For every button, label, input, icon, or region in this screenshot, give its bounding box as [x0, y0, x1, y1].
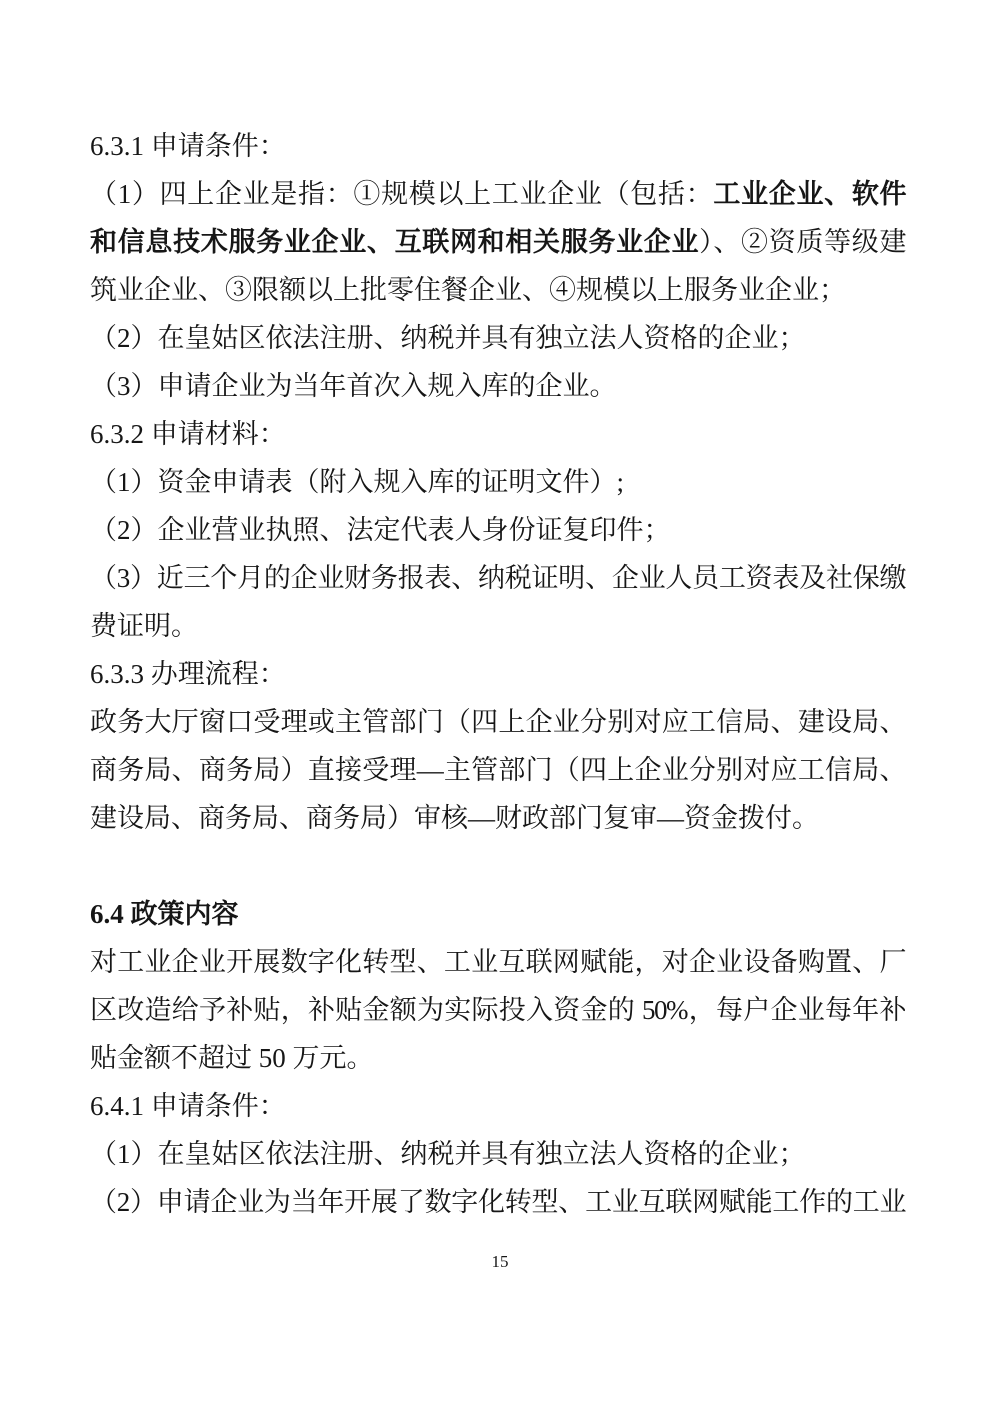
para-6-3-3-line1: 政务大厅窗口受理或主管部门（四上企业分别对应工信局、建设局、 — [90, 698, 905, 746]
text-segment: 和信息技术服务业企业、互联网和相关服务业企业 — [90, 227, 699, 257]
para-6-3-3-line2: 商务局、商务局）直接受理—主管部门（四上企业分别对应工信局、 — [90, 746, 905, 794]
heading-6-4: 6.4 政策内容 — [90, 890, 905, 938]
text-segment: 6.4.1 申请条件： — [90, 1091, 286, 1121]
para-6-4-line3: 贴金额不超过 50 万元。 — [90, 1034, 905, 1082]
text-segment: （3）申请企业为当年首次入规入库的企业。 — [90, 371, 617, 401]
heading-6-3-3: 6.3.3 办理流程： — [90, 650, 905, 698]
text-segment: 6.4 政策内容 — [90, 899, 239, 929]
para-6-3-3-line3: 建设局、商务局、商务局）审核—财政部门复审—资金拨付。 — [90, 794, 905, 842]
para-6-4-line1: 对工业企业开展数字化转型、工业互联网赋能，对企业设备购置、厂 — [90, 938, 905, 986]
text-segment: 贴金额不超过 50 万元。 — [90, 1043, 374, 1073]
text-segment: 费证明。 — [90, 611, 198, 641]
text-segment: 筑业企业、③限额以上批零住餐企业、④规模以上服务业企业； — [90, 275, 846, 305]
text-segment: （3）近三个月的企业财务报表、纳税证明、企业人员工资表及社保缴 — [90, 563, 905, 593]
text-segment: （2）申请企业为当年开展了数字化转型、工业互联网赋能工作的工业 — [90, 1187, 905, 1217]
para-6-3-2-item3-line2: 费证明。 — [90, 602, 905, 650]
para-6-4-line2: 区改造给予补贴，补贴金额为实际投入资金的 50%，每户企业每年补 — [90, 986, 905, 1034]
text-segment: ）、②资质等级建 — [699, 227, 905, 257]
text-segment: 商务局、商务局）直接受理—主管部门（四上企业分别对应工信局、 — [90, 755, 905, 785]
text-segment: 区改造给予补贴，补贴金额为实际投入资金的 50%，每户企业每年补 — [90, 995, 905, 1025]
text-segment: 工业企业、软件 — [713, 179, 905, 209]
para-6-3-1-item1-line1: （1）四上企业是指：①规模以上工业企业（包括：工业企业、软件 — [90, 170, 905, 218]
para-6-3-2-item1: （1）资金申请表（附入规入库的证明文件）; — [90, 458, 905, 506]
para-6-4-1-item1: （1）在皇姑区依法注册、纳税并具有独立法人资格的企业； — [90, 1130, 905, 1178]
text-segment: 6.3.2 申请材料： — [90, 419, 286, 449]
page-number: 15 — [0, 1250, 1000, 1274]
document-page: 6.3.1 申请条件：（1）四上企业是指：①规模以上工业企业（包括：工业企业、软… — [0, 0, 1000, 1413]
text-segment: （2）企业营业执照、法定代表人身份证复印件； — [90, 515, 671, 545]
text-segment: （1）在皇姑区依法注册、纳税并具有独立法人资格的企业； — [90, 1139, 806, 1169]
text-segment: （1）资金申请表（附入规入库的证明文件）; — [90, 467, 624, 497]
blank-line — [90, 842, 905, 890]
para-6-3-1-item1-line3: 筑业企业、③限额以上批零住餐企业、④规模以上服务业企业； — [90, 266, 905, 314]
para-6-3-2-item2: （2）企业营业执照、法定代表人身份证复印件； — [90, 506, 905, 554]
document-body: 6.3.1 申请条件：（1）四上企业是指：①规模以上工业企业（包括：工业企业、软… — [90, 122, 905, 1226]
para-6-3-2-item3-line1: （3）近三个月的企业财务报表、纳税证明、企业人员工资表及社保缴 — [90, 554, 905, 602]
text-segment: （2）在皇姑区依法注册、纳税并具有独立法人资格的企业； — [90, 323, 806, 353]
text-segment: 对工业企业开展数字化转型、工业互联网赋能，对企业设备购置、厂 — [90, 947, 905, 977]
heading-6-3-1: 6.3.1 申请条件： — [90, 122, 905, 170]
text-segment: 政务大厅窗口受理或主管部门（四上企业分别对应工信局、建设局、 — [90, 707, 905, 737]
para-6-3-1-item2: （2）在皇姑区依法注册、纳税并具有独立法人资格的企业； — [90, 314, 905, 362]
para-6-3-1-item3: （3）申请企业为当年首次入规入库的企业。 — [90, 362, 905, 410]
text-segment: （1）四上企业是指：①规模以上工业企业（包括： — [90, 179, 713, 209]
text-segment: 建设局、商务局、商务局）审核—财政部门复审—资金拨付。 — [90, 803, 819, 833]
para-6-4-1-item2: （2）申请企业为当年开展了数字化转型、工业互联网赋能工作的工业 — [90, 1178, 905, 1226]
heading-6-3-2: 6.3.2 申请材料： — [90, 410, 905, 458]
text-segment: 6.3.1 申请条件： — [90, 131, 286, 161]
text-segment: 6.3.3 办理流程： — [90, 659, 286, 689]
heading-6-4-1: 6.4.1 申请条件： — [90, 1082, 905, 1130]
para-6-3-1-item1-line2: 和信息技术服务业企业、互联网和相关服务业企业）、②资质等级建 — [90, 218, 905, 266]
